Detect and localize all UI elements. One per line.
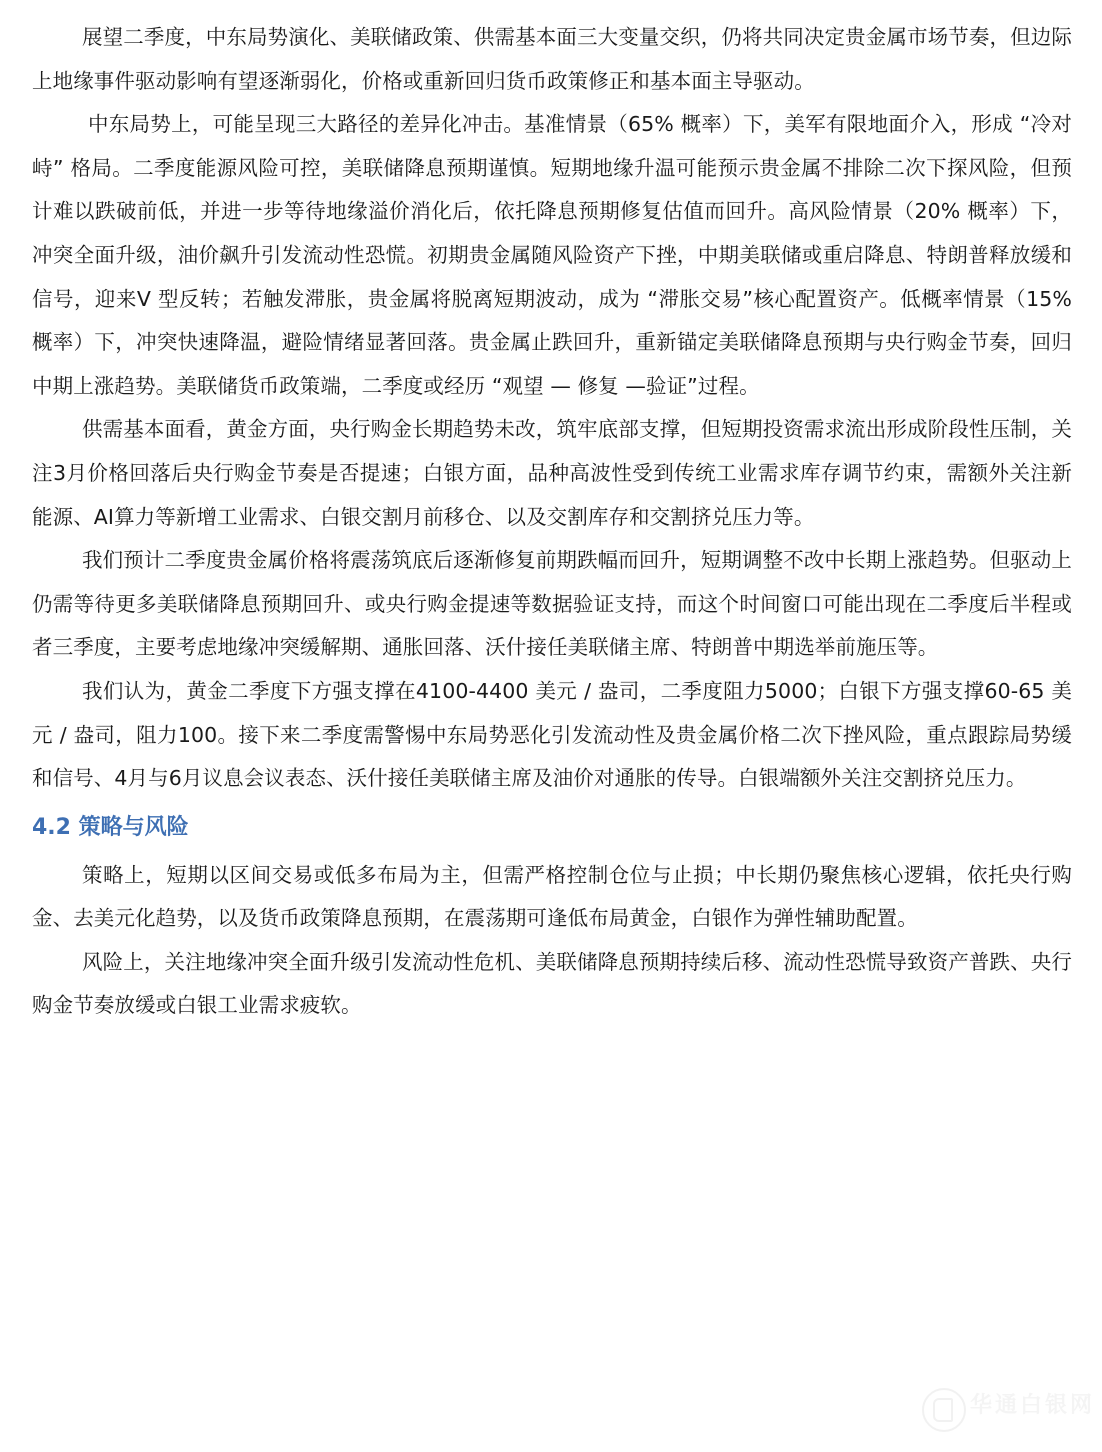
document-page: 展望二季度，中东局势演化、美联储政策、供需基本面三大变量交织，仍将共同决定贵金属… <box>32 16 1072 1028</box>
paragraph-supply-demand: 供需基本面看，黄金方面，央行购金长期趋势未改，筑牢底部支撑，但短期投资需求流出形… <box>32 408 1072 539</box>
paragraph-support-resistance: 我们认为，黄金二季度下方强支撑在4100-4400 美元 / 盎司，二季度阻力5… <box>32 670 1072 801</box>
paragraph-price-forecast: 我们预计二季度贵金属价格将震荡筑底后逐渐修复前期跌幅而回升，短期调整不改中长期上… <box>32 539 1072 670</box>
watermark: 华通白银网 <box>922 1386 1102 1442</box>
section-heading-strategy-risk: 4.2 策略与风险 <box>32 805 1072 851</box>
paragraph-outlook-summary: 展望二季度，中东局势演化、美联储政策、供需基本面三大变量交织，仍将共同决定贵金属… <box>32 16 1072 103</box>
watermark-logo-icon <box>922 1388 966 1432</box>
paragraph-strategy: 策略上，短期以区间交易或低多布局为主，但需严格控制仓位与止损；中长期仍聚焦核心逻… <box>32 854 1072 941</box>
paragraph-middle-east-scenarios: 中东局势上，可能呈现三大路径的差异化冲击。基准情景（65% 概率）下，美军有限地… <box>32 103 1072 408</box>
watermark-brand: 华通白银网 <box>970 1388 1095 1419</box>
paragraph-risk: 风险上，关注地缘冲突全面升级引发流动性危机、美联储降息预期持续后移、流动性恐慌导… <box>32 941 1072 1028</box>
